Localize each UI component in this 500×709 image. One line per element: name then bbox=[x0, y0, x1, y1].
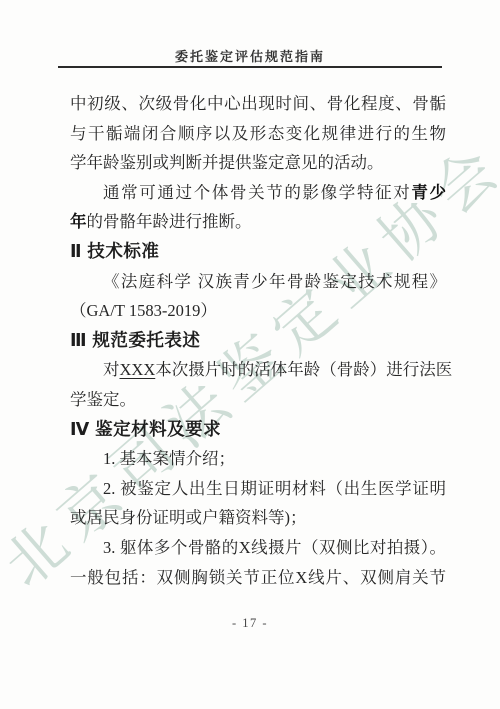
document-body: 中初级、次级骨化中心出现时间、骨化程度、骨骺与干骺端闭合顺序以及形态变化规律进行… bbox=[70, 89, 446, 592]
document-page: { "page": { "header": { "title": "委托鉴定评估… bbox=[0, 0, 500, 709]
text-line: 与干骺端闭合顺序以及形态变化规律进行的生物 bbox=[70, 119, 446, 149]
text-segment: 通常可通过个体骨关节的影像学特征对 bbox=[103, 183, 411, 202]
text-line: 学年龄鉴别或判断并提供鉴定意见的活动。 bbox=[70, 148, 446, 178]
text-segment: 学年龄鉴别或判断并提供鉴定意见的活动。 bbox=[70, 153, 384, 172]
section-heading: Ⅱ 技术标准 bbox=[70, 237, 446, 267]
text-segment: 本次摄片时的活体年龄（骨龄）进行法医 bbox=[155, 360, 452, 379]
text-line: 1. 基本案情介绍； bbox=[70, 444, 446, 474]
header-divider bbox=[58, 66, 442, 68]
text-segment: 与干骺端闭合顺序以及形态变化规律进行的生物 bbox=[70, 124, 446, 143]
text-segment: 1. 基本案情介绍； bbox=[103, 449, 235, 468]
text-segment: 《法庭科学 汉族青少年骨龄鉴定技术规程》 bbox=[103, 272, 446, 291]
text-segment: 的骨骼年龄进行推断。 bbox=[87, 212, 252, 231]
text-line: 对XXX本次摄片时的活体年龄（骨龄）进行法医 bbox=[70, 355, 446, 385]
text-line: 年的骨骼年龄进行推断。 bbox=[70, 207, 446, 237]
section-heading: Ⅳ 鉴定材料及要求 bbox=[70, 415, 446, 445]
text-line: （GA/T 1583-2019） bbox=[70, 296, 446, 326]
text-segment: 对 bbox=[103, 360, 120, 379]
header-title: 委托鉴定评估规范指南 bbox=[0, 46, 500, 65]
text-segment: Ⅳ 鉴定材料及要求 bbox=[70, 419, 221, 439]
text-segment: 年 bbox=[70, 212, 87, 231]
text-line: 2. 被鉴定人出生日期证明材料（出生医学证明 bbox=[70, 474, 446, 504]
text-line: 通常可通过个体骨关节的影像学特征对青少 bbox=[70, 178, 446, 208]
text-segment: 一般包括：双侧胸锁关节正位X线片、双侧肩关节 bbox=[70, 568, 446, 587]
text-segment: Ⅲ 规范委托表述 bbox=[70, 330, 200, 350]
text-line: 3. 躯体多个骨骼的X线摄片（双侧比对拍摄）。 bbox=[70, 533, 446, 563]
redacted-name-placeholder: XXX bbox=[120, 360, 156, 379]
page-number: - 17 - bbox=[0, 616, 500, 631]
text-line: 学鉴定。 bbox=[70, 385, 446, 415]
text-segment: 2. 被鉴定人出生日期证明材料（出生医学证明 bbox=[103, 479, 446, 498]
text-segment: 中初级、次级骨化中心出现时间、骨化程度、骨骺 bbox=[70, 94, 446, 113]
text-segment: Ⅱ 技术标准 bbox=[70, 241, 159, 261]
text-segment: 或居民身份证明或户籍资料等)； bbox=[70, 508, 307, 527]
text-line: 或居民身份证明或户籍资料等)； bbox=[70, 503, 446, 533]
text-segment: 学鉴定。 bbox=[70, 390, 136, 409]
text-line: 一般包括：双侧胸锁关节正位X线片、双侧肩关节 bbox=[70, 563, 446, 593]
text-segment: 3. 躯体多个骨骼的X线摄片（双侧比对拍摄）。 bbox=[103, 538, 446, 557]
text-segment: 青少 bbox=[411, 183, 446, 202]
text-line: 《法庭科学 汉族青少年骨龄鉴定技术规程》 bbox=[70, 267, 446, 297]
text-segment: （GA/T 1583-2019） bbox=[70, 301, 217, 320]
text-line: 中初级、次级骨化中心出现时间、骨化程度、骨骺 bbox=[70, 89, 446, 119]
section-heading: Ⅲ 规范委托表述 bbox=[70, 326, 446, 356]
